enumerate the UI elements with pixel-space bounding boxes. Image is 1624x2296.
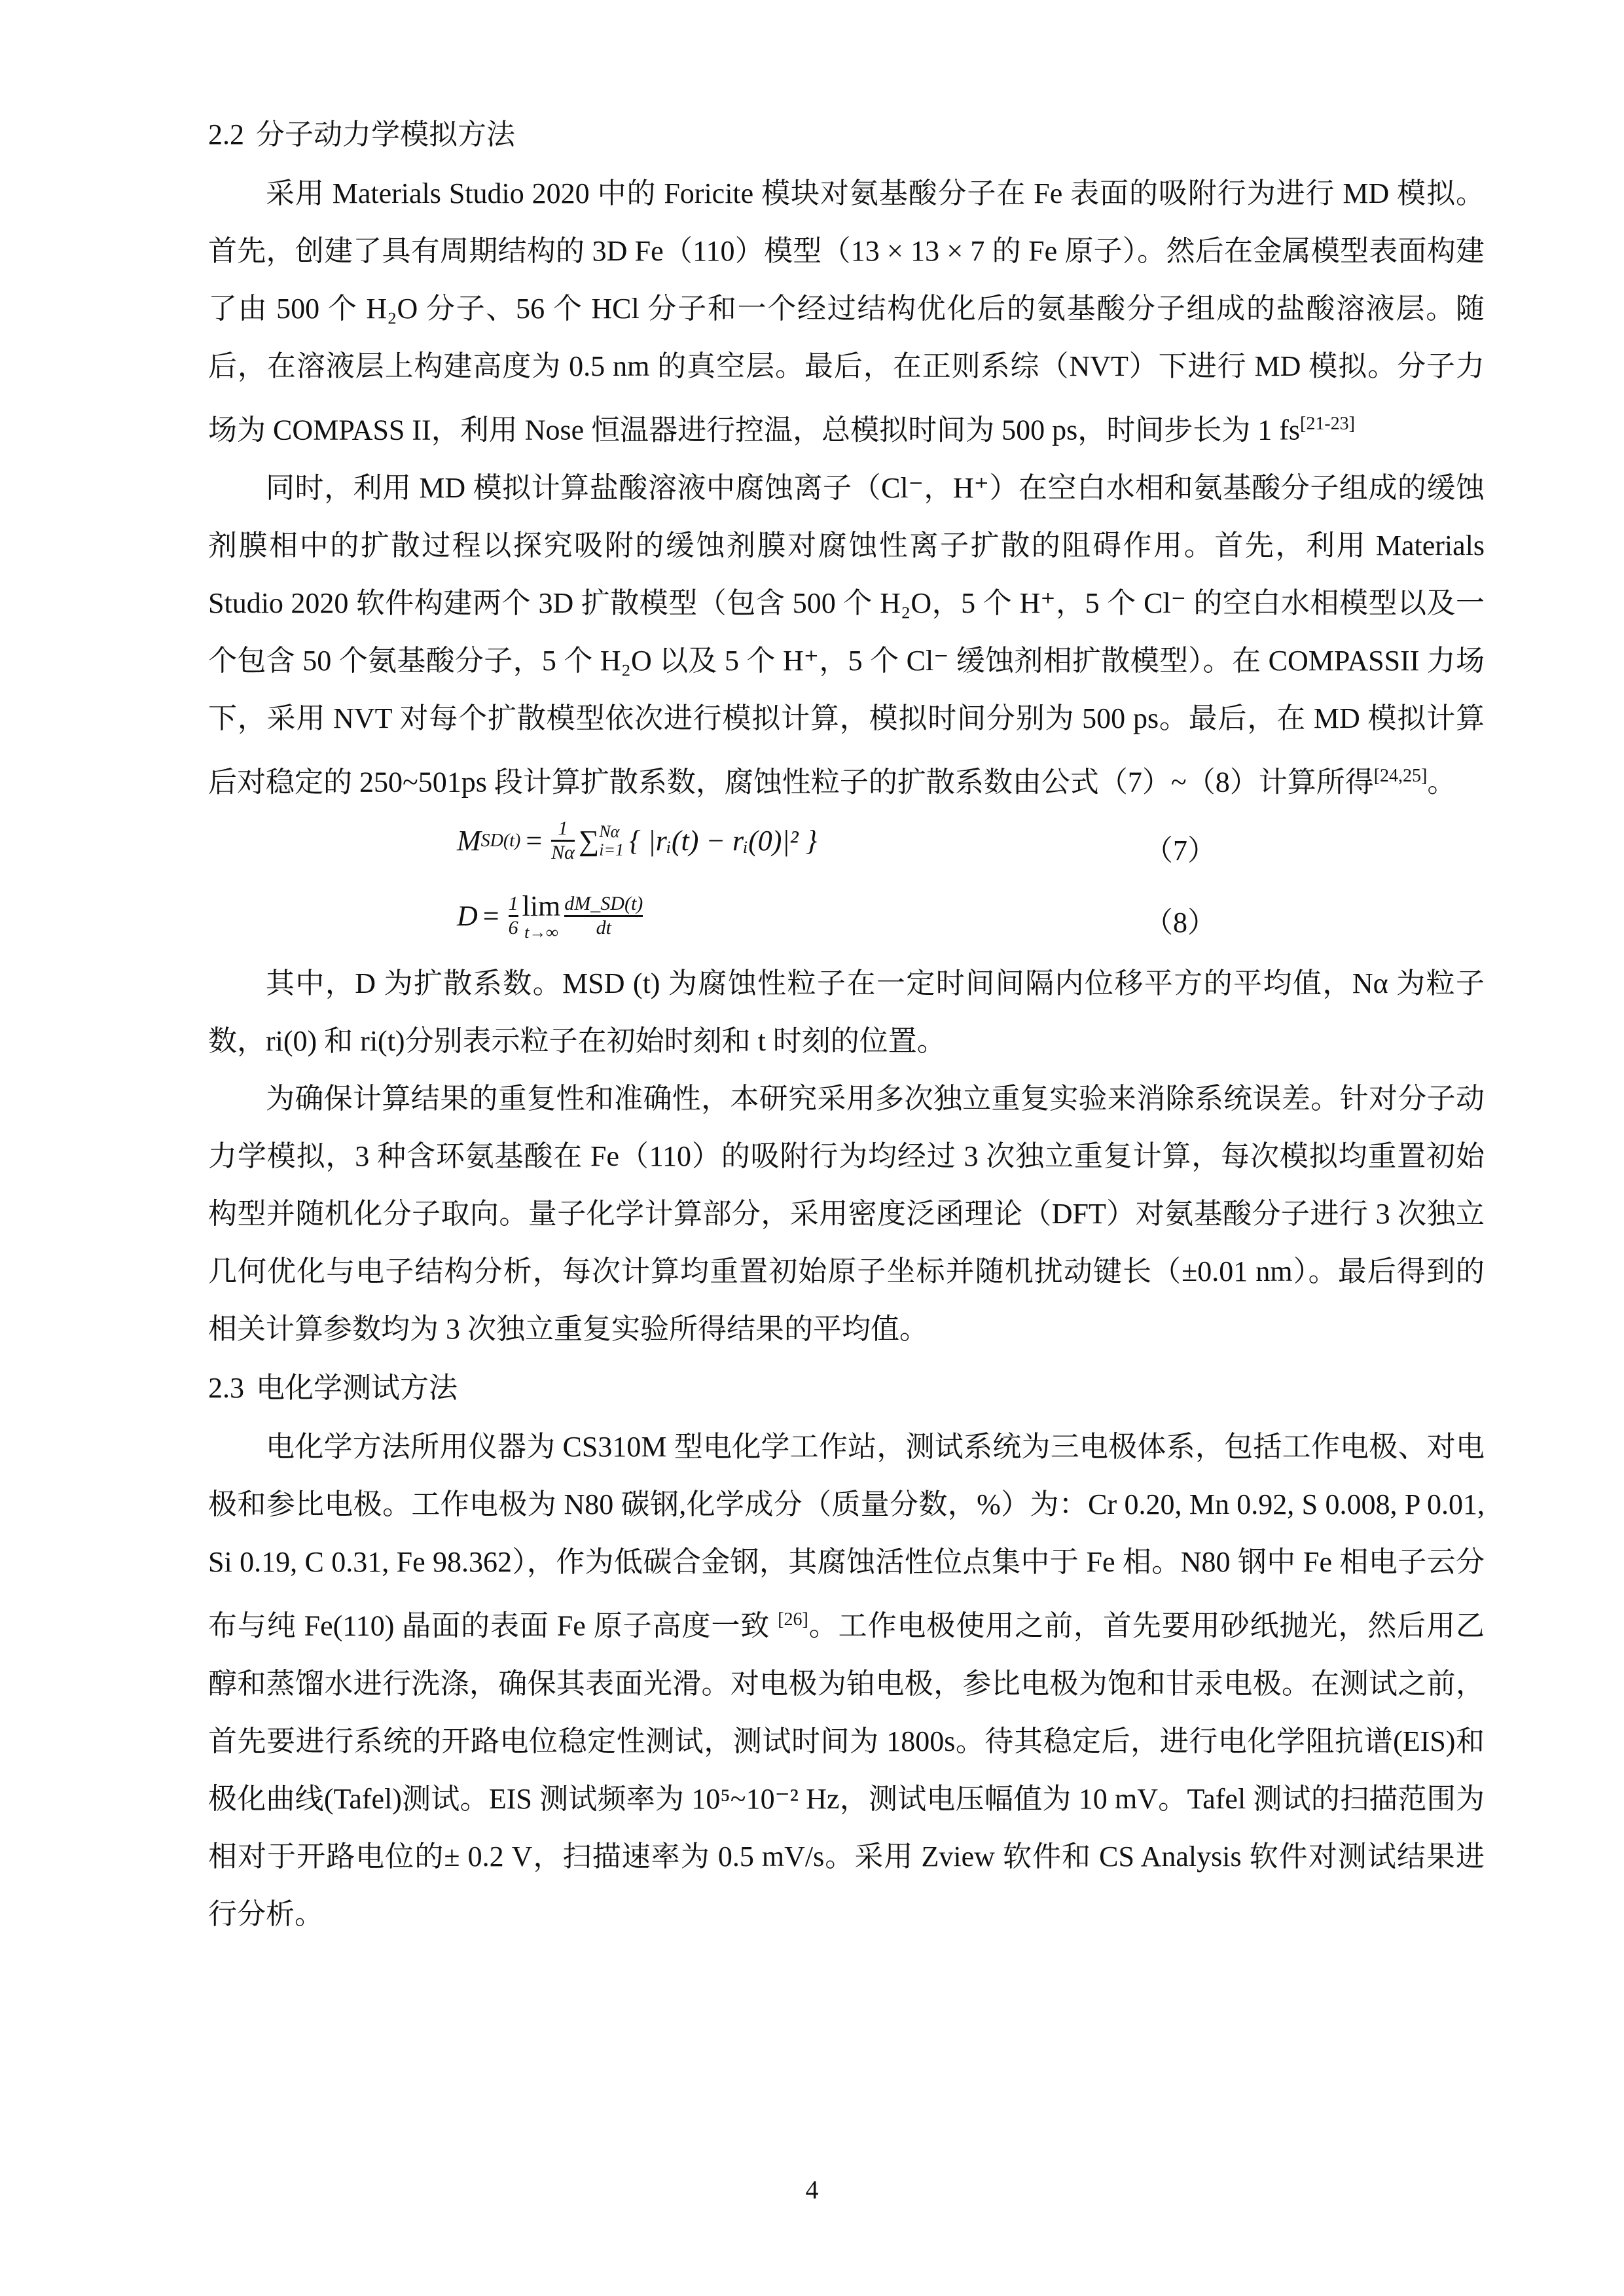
- equation-8: D = 16 limt→∞ dM_SD(t)dt （8）: [208, 883, 1485, 955]
- page-number: 4: [0, 2174, 1624, 2205]
- citation: [24,25]: [1374, 766, 1428, 786]
- paragraph-reproducibility: 为确保计算结果的重复性和准确性，本研究采用多次独立重复实验来消除系统误差。针对分…: [208, 1070, 1485, 1358]
- citation: [26]: [778, 1609, 808, 1630]
- paragraph-diffusion: 同时，利用 MD 模拟计算盐酸溶液中腐蚀离子（Cl⁻，H⁺）在空白水相和氨基酸分…: [208, 459, 1485, 812]
- paragraph-symbol-definitions: 其中，D 为扩散系数。MSD (t) 为腐蚀性粒子在一定时间间隔内位移平方的平均…: [208, 955, 1485, 1070]
- fraction: 16: [509, 893, 518, 939]
- fraction: 1Nα: [551, 817, 575, 864]
- equation-7: MSD(t) = 1Nα ∑ Nαi=1 { |rᵢ(t) − rᵢ(0)|² …: [208, 811, 1485, 883]
- citation: [21-23]: [1300, 414, 1355, 434]
- paragraph-electrochemical-method: 电化学方法所用仪器为 CS310M 型电化学工作站，测试系统为三电极体系，包括工…: [208, 1418, 1485, 1943]
- paper-page: 2.2分子动力学模拟方法 采用 Materials Studio 2020 中的…: [208, 105, 1485, 1943]
- fraction: dM_SD(t)dt: [564, 893, 643, 939]
- equation-number: （7）: [1144, 827, 1216, 869]
- section-heading-2-2: 2.2分子动力学模拟方法: [208, 115, 1485, 154]
- equation-number: （8）: [1144, 899, 1216, 941]
- paragraph-md-setup: 采用 Materials Studio 2020 中的 Foricite 模块对…: [208, 165, 1485, 459]
- section-heading-2-3: 2.3电化学测试方法: [208, 1369, 1485, 1408]
